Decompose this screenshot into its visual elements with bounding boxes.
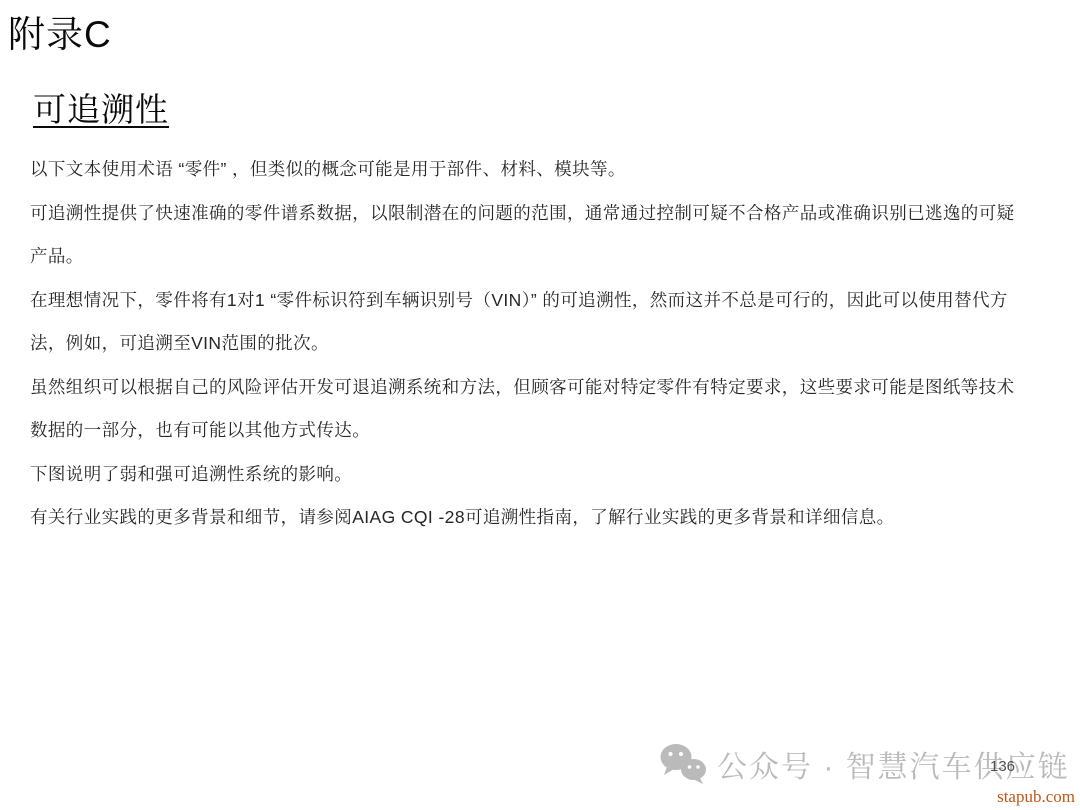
paragraph: 有关行业实践的更多背景和细节，请参阅AIAG CQI -28可追溯性指南，了解行…: [30, 496, 1074, 540]
page-number: 136: [990, 758, 1015, 775]
section-heading: 可追溯性: [33, 84, 169, 131]
document-page: 附录C 可追溯性 以下文本使用术语 “零件” ，但类似的概念可能是用于部件、材料…: [0, 0, 1080, 810]
paragraph: 可追溯性提供了快速准确的零件谱系数据，以限制潜在的问题的范围，通常通过控制可疑不…: [30, 192, 1074, 279]
paragraph: 在理想情况下，零件将有1对1 “零件标识符到车辆识别号（VIN）” 的可追溯性，…: [30, 279, 1074, 366]
paragraph: 下图说明了弱和强可追溯性系统的影响。: [30, 453, 1074, 497]
paragraph: 虽然组织可以根据自己的风险评估开发可退追溯系统和方法，但顾客可能对特定零件有特定…: [30, 366, 1074, 453]
wechat-icon: [660, 743, 707, 785]
body-text: 以下文本使用术语 “零件” ，但类似的概念可能是用于部件、材料、模块等。 可追溯…: [30, 148, 1074, 540]
watermark-label: 公众号 · 智慧汽车供应链: [717, 742, 1070, 786]
site-credit: stapub.com: [997, 787, 1075, 807]
paragraph: 以下文本使用术语 “零件” ，但类似的概念可能是用于部件、材料、模块等。: [30, 148, 1074, 192]
page-title: 附录C: [8, 4, 112, 58]
